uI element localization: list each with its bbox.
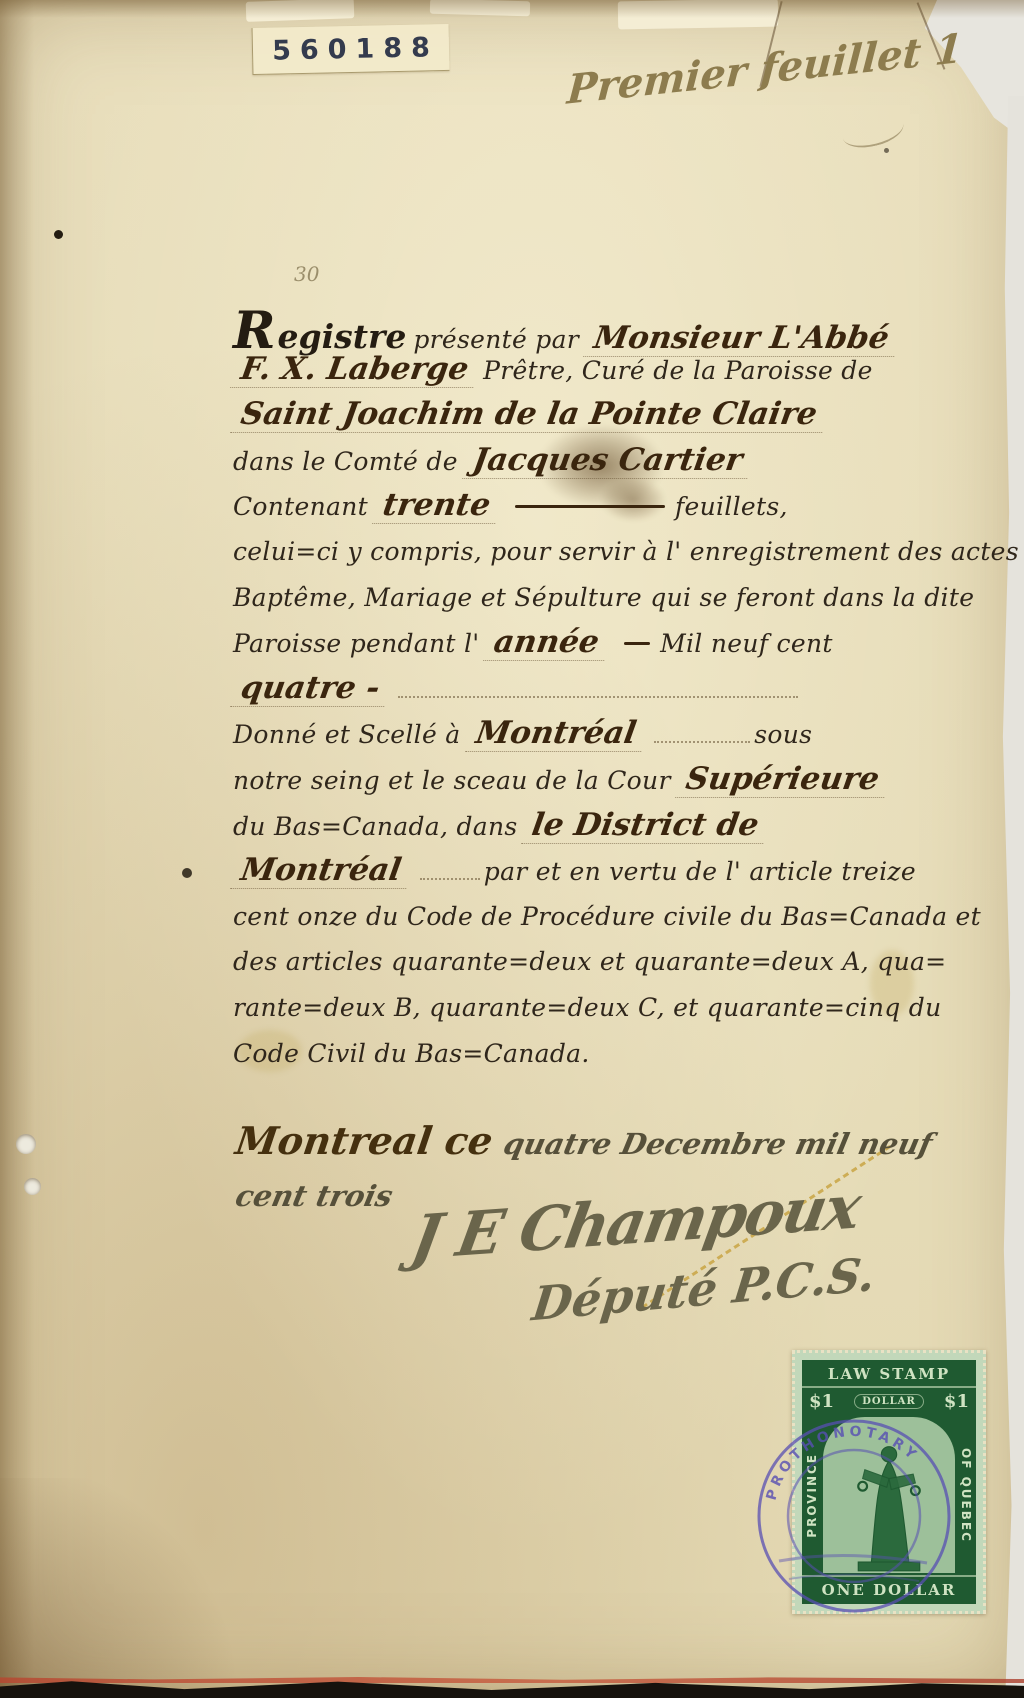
printed-text: Paroisse pendant l' — [233, 629, 479, 658]
printed-text: notre seing et le sceau de la Cour — [233, 766, 671, 795]
handwritten-text: cent trois — [233, 1182, 395, 1211]
printed-text: des articles quarante=deux et quarante=d… — [233, 947, 946, 976]
justice-figure-icon — [844, 1439, 934, 1573]
handwritten-text: Jacques Cartier — [462, 443, 753, 479]
printed-text: Registre — [233, 306, 406, 357]
handwritten-text: F. X. Laberge — [230, 352, 479, 388]
edge-shadow — [0, 0, 1024, 18]
document-page: 560188 Premier feuillet 1 30 Registrepré… — [0, 0, 1024, 1698]
document-line: Code Civil du Bas=Canada. — [233, 1036, 923, 1082]
handwritten-text: le District de — [522, 808, 770, 844]
law-stamp-value: ONE DOLLAR — [802, 1575, 976, 1604]
printed-text: du Bas=Canada, dans — [233, 812, 517, 841]
printed-text: dans le Comté de — [233, 447, 458, 476]
document-line: Donné et Scellé àMontréalsous — [233, 716, 923, 762]
document-line: des articles quarante=deux et quarante=d… — [233, 944, 923, 990]
document-line: du Bas=Canada, dansle District de — [233, 808, 923, 854]
edge-shadow — [0, 0, 34, 1698]
document-line: Montréalpar et en vertu de l' article tr… — [233, 853, 923, 899]
document-line: Registreprésenté parMonsieur L'Abbé — [233, 306, 923, 352]
printed-text: Donné et Scellé à — [233, 720, 461, 749]
document-line: Paroisse pendant l'annéeMil neuf cent — [233, 625, 923, 671]
handwritten-text: Saint Joachim de la Pointe Claire — [230, 397, 827, 433]
printed-text: présenté par — [413, 325, 579, 354]
serial-number-stamp: 560188 — [252, 24, 450, 75]
printed-text: Code Civil du Bas=Canada. — [233, 1039, 590, 1068]
document-line: dans le Comté deJacques Cartier — [233, 443, 923, 489]
handwritten-text: quatre - — [230, 671, 390, 707]
ink-dash — [515, 505, 665, 508]
denomination-right: $1 — [944, 1391, 969, 1412]
ink-speck — [182, 868, 192, 878]
ink-speck — [54, 230, 63, 239]
document-line: F. X. LabergePrêtre, Curé de la Paroisse… — [233, 352, 923, 398]
dotted-rule — [654, 739, 750, 743]
justice-figure-vignette — [823, 1417, 955, 1573]
handwritten-text: Montréal — [465, 716, 646, 752]
punch-hole — [16, 1134, 36, 1154]
document-line: Saint Joachim de la Pointe Claire — [233, 397, 923, 443]
document-line: Baptême, Mariage et Sépulture qui se fer… — [233, 580, 923, 626]
pencil-note: 30 — [294, 262, 319, 286]
handwritten-text: Monsieur L'Abbé — [583, 321, 899, 357]
document-line: Montreal cequatre Decembre mil neuf — [236, 1122, 936, 1176]
handwritten-text: trente — [372, 488, 501, 524]
handwritten-text: Montréal — [230, 853, 411, 889]
ink-speck — [884, 148, 889, 153]
printed-text: Mil neuf cent — [660, 629, 833, 658]
handwritten-text: quatre Decembre mil neuf — [501, 1130, 935, 1159]
law-stamp-title: LAW STAMP — [802, 1360, 976, 1388]
printed-text: celui=ci y compris, pour servir à l' enr… — [233, 537, 1024, 566]
dotted-rule — [420, 876, 480, 880]
printed-text: Baptême, Mariage et Sépulture qui se fer… — [233, 583, 974, 612]
printed-text: cent onze du Code de Procédure civile du… — [233, 902, 981, 931]
printed-text: rante=deux B, quarante=deux C, et quaran… — [233, 993, 941, 1022]
law-stamp: LAW STAMP $1 DOLLAR $1 PROVINCE — [792, 1350, 986, 1614]
printed-text: sous — [754, 720, 812, 749]
stamp-left-label: PROVINCE — [802, 1415, 822, 1575]
document-line: cent onze du Code de Procédure civile du… — [233, 899, 923, 945]
dotted-rule — [398, 694, 798, 698]
ink-dash — [624, 642, 650, 645]
document-line: Contenanttrentefeuillets, — [233, 488, 923, 534]
handwritten-text: année — [484, 625, 610, 661]
printed-text: feuillets, — [675, 492, 788, 521]
denomination-center: DOLLAR — [854, 1394, 924, 1409]
law-stamp-frame: LAW STAMP $1 DOLLAR $1 PROVINCE — [802, 1360, 976, 1604]
printed-text: Contenant — [233, 492, 368, 521]
law-stamp-denomination: $1 DOLLAR $1 — [802, 1388, 976, 1415]
handwritten-text: Supérieure — [675, 762, 889, 798]
document-line: quatre - — [233, 671, 923, 717]
handwritten-text: Montreal ce — [233, 1122, 495, 1160]
edge-shadow — [0, 1478, 260, 1698]
document-line: rante=deux B, quarante=deux C, et quaran… — [233, 990, 923, 1036]
stamp-right-label: OF QUEBEC — [956, 1415, 976, 1575]
document-line: notre seing et le sceau de la CourSupéri… — [233, 762, 923, 808]
printed-text: par et en vertu de l' article treize — [484, 857, 916, 886]
document-line: celui=ci y compris, pour servir à l' enr… — [233, 534, 923, 580]
printed-text: Prêtre, Curé de la Paroisse de — [483, 356, 873, 385]
punch-hole — [24, 1178, 41, 1195]
denomination-left: $1 — [809, 1391, 834, 1412]
document-lines: Registreprésenté parMonsieur L'AbbéF. X.… — [233, 306, 923, 1081]
serial-number: 560188 — [263, 32, 439, 67]
